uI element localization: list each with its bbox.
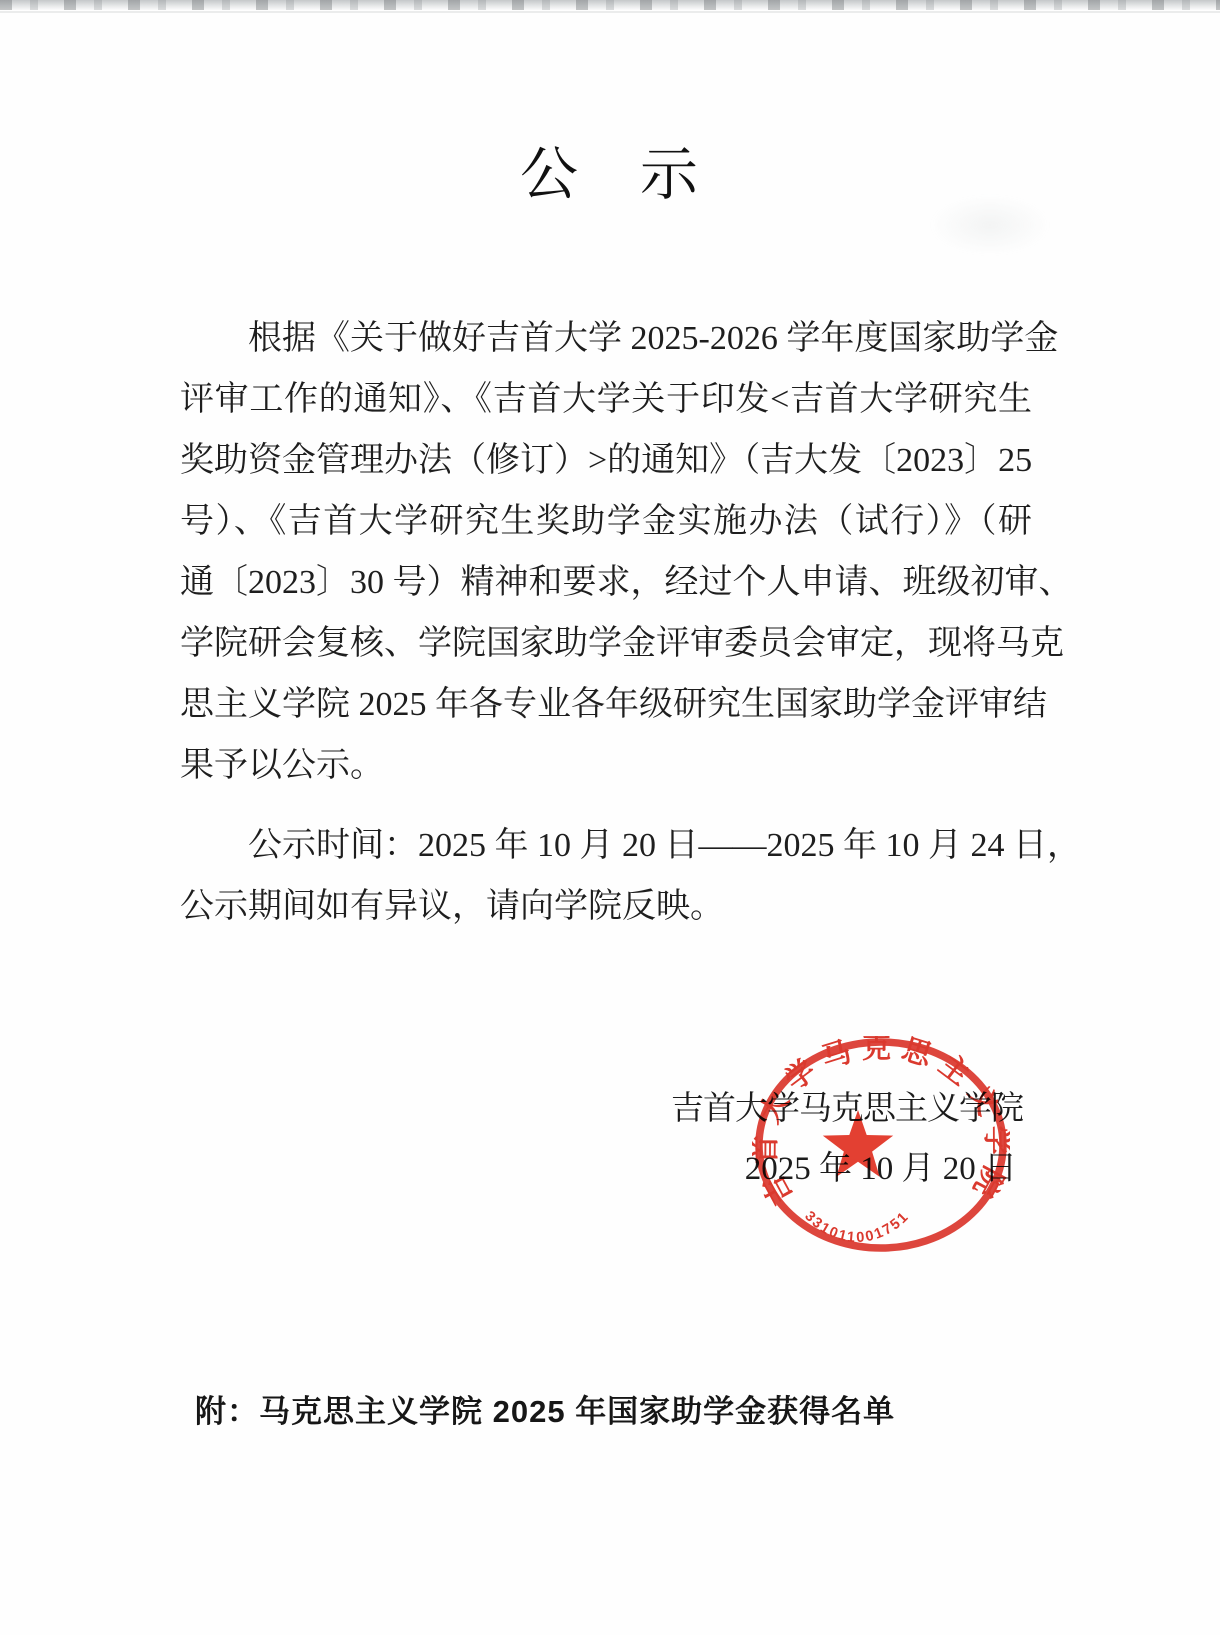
- publicity-period-paragraph: 公示时间：2025 年 10 月 20 日——2025 年 10 月 24 日，…: [180, 815, 1032, 937]
- seal-ring-text: 吉首大学马克思主义学院: [752, 1036, 1010, 1210]
- announcement-page: 公 示 根据《关于做好吉首大学 2025-2026 学年度国家助学金 评审工作的…: [0, 0, 1220, 1635]
- official-seal: 吉首大学马克思主义学院 43310110017510: [752, 1036, 1010, 1254]
- scan-edge-line: [0, 11, 1220, 13]
- seal-star: [823, 1110, 893, 1177]
- body-line: 公示时间：2025 年 10 月 20 日——2025 年 10 月 24 日，: [180, 815, 1032, 876]
- body-line: 公示期间如有异议，请向学院反映。: [180, 876, 1032, 937]
- attachment-note: 附：马克思主义学院 2025 年国家助学金获得名单: [195, 1392, 895, 1432]
- body-line: 思主义学院 2025 年各专业各年级研究生国家助学金评审结: [180, 674, 1032, 735]
- page-title: 公 示: [0, 142, 1220, 208]
- body-line: 果予以公示。: [180, 735, 1032, 796]
- main-paragraph: 根据《关于做好吉首大学 2025-2026 学年度国家助学金 评审工作的通知》、…: [180, 308, 1032, 796]
- body-line: 评审工作的通知》、《吉首大学关于印发<吉首大学研究生: [180, 369, 1032, 430]
- body-line: 学院研会复核、学院国家助学金评审委员会审定，现将马克: [180, 613, 1032, 674]
- body-line: 奖助资金管理办法（修订）>的通知》（吉大发〔2023〕25: [180, 430, 1032, 491]
- body-line: 通〔2023〕30 号）精神和要求，经过个人申请、班级初审、: [180, 552, 1032, 613]
- svg-text:吉首大学马克思主义学院: 吉首大学马克思主义学院: [752, 1036, 1010, 1210]
- body-line: 根据《关于做好吉首大学 2025-2026 学年度国家助学金: [180, 308, 1032, 369]
- scan-edge-artifact: [0, 0, 1220, 10]
- body-line: 号）、《吉首大学研究生奖助学金实施办法（试行）》（研: [180, 491, 1032, 552]
